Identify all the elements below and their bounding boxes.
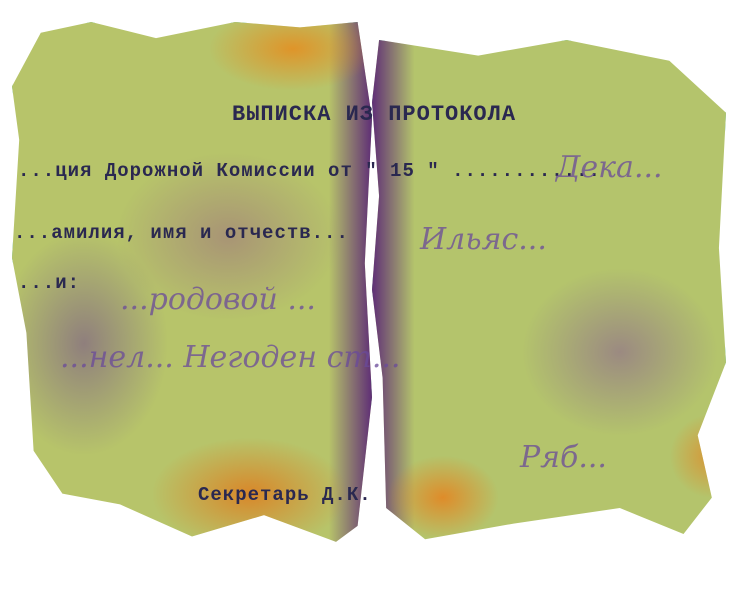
typed-line-1: ...ция Дорожной Комиссии от " 15 " .....… <box>18 160 601 182</box>
document-title: ВЫПИСКА ИЗ ПРОТОКОЛА <box>232 102 516 127</box>
handwritten-line-3: ...родовой ... <box>120 282 316 317</box>
typed-line-3: ...и: <box>18 272 80 294</box>
handwritten-date: Дека... <box>556 150 663 185</box>
document-scan: ВЫПИСКА ИЗ ПРОТОКОЛА ...ция Дорожной Ком… <box>0 0 746 600</box>
handwritten-signature: Ряб... <box>520 440 607 475</box>
handwritten-surname: Ильяс... <box>420 222 547 257</box>
secretary-footer: Секретарь Д.К. <box>198 484 372 506</box>
typed-line-2: ...амилия, имя и отчеств... <box>14 222 349 244</box>
handwritten-line-4: ...нел... Негоден ст... <box>60 340 400 375</box>
